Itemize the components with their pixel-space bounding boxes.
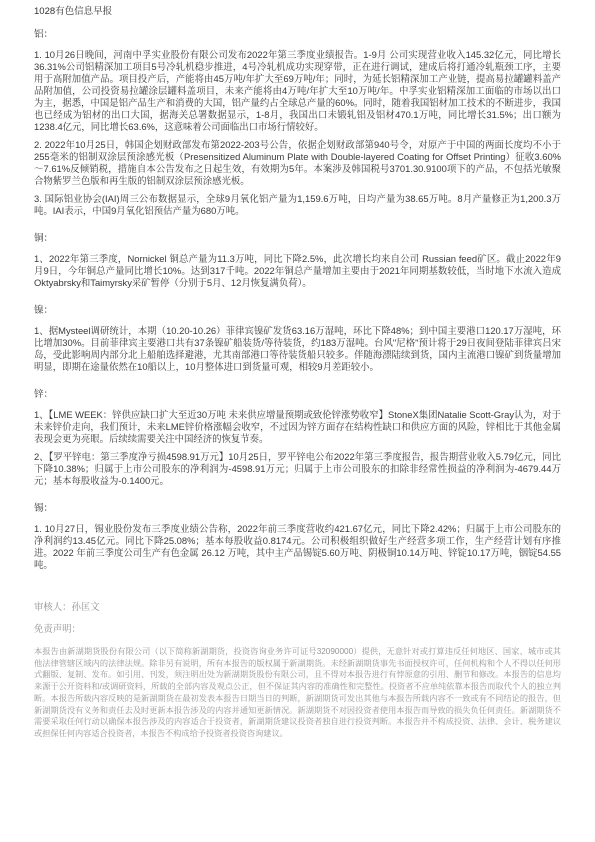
aluminum-paragraph-3: 3. 国际铝业协会(IAI)周三公布数据显示，全球9月氧化铝产量为1,159.6… bbox=[34, 193, 561, 217]
copper-paragraph-1: 1、2022年第三季度，Nornickel 铜总产量为11.3万吨，同比下降2.… bbox=[34, 253, 561, 289]
disclaimer-heading: 免责声明： bbox=[34, 623, 561, 635]
aluminum-paragraph-2: 2. 2022年10月25日，韩国企划财政部发布第2022-203号公告，依据企… bbox=[34, 139, 561, 187]
section-heading-nickel: 镍： bbox=[34, 305, 561, 317]
disclaimer-text: 本报告由新湖期货股份有限公司（以下简称新湖期货，投资咨询业务许可证号320900… bbox=[34, 646, 561, 740]
tin-paragraph-1: 1. 10月27日，锡业股份发布三季度业绩公告称，2022年前三季度营收约421… bbox=[34, 523, 561, 571]
reviewer-line: 审核人：孙匡文 bbox=[34, 601, 561, 613]
section-copper: 铜： 1、2022年第三季度，Nornickel 铜总产量为11.3万吨，同比下… bbox=[34, 233, 561, 289]
nickel-paragraph-1: 1、据Mysteel调研统计，本期（10.20-10.26）菲律宾镍矿发货63.… bbox=[34, 325, 561, 373]
report-title: 1028有色信息早报 bbox=[34, 6, 561, 18]
zinc-paragraph-1: 1、【LME WEEK：锌供应缺口扩大至近30万吨 未来供应增量预期或致伦锌涨势… bbox=[34, 409, 561, 445]
section-heading-copper: 铜： bbox=[34, 233, 561, 245]
section-tin: 锡： 1. 10月27日，锡业股份发布三季度业绩公告称，2022年前三季度营收约… bbox=[34, 503, 561, 571]
section-heading-zinc: 锌： bbox=[34, 389, 561, 401]
zinc-paragraph-2: 2、【罗平锌电：第三季度净亏损4598.91万元】10月25日，罗平锌电公布20… bbox=[34, 451, 561, 487]
section-heading-aluminum: 铝： bbox=[34, 29, 561, 41]
report-page: 1028有色信息早报 铝： 1. 10月26日晚间，河南中孚实业股份有限公司发布… bbox=[0, 0, 595, 842]
reviewer-label: 审核人： bbox=[34, 601, 72, 612]
section-heading-tin: 锡： bbox=[34, 503, 561, 515]
section-aluminum: 铝： 1. 10月26日晚间，河南中孚实业股份有限公司发布2022年第三季度业绩… bbox=[34, 29, 561, 217]
aluminum-paragraph-1: 1. 10月26日晚间，河南中孚实业股份有限公司发布2022年第三季度业绩报告。… bbox=[34, 49, 561, 133]
reviewer-name: 孙匡文 bbox=[72, 601, 100, 612]
section-nickel: 镍： 1、据Mysteel调研统计，本期（10.20-10.26）菲律宾镍矿发货… bbox=[34, 305, 561, 373]
section-zinc: 锌： 1、【LME WEEK：锌供应缺口扩大至近30万吨 未来供应增量预期或致伦… bbox=[34, 389, 561, 487]
